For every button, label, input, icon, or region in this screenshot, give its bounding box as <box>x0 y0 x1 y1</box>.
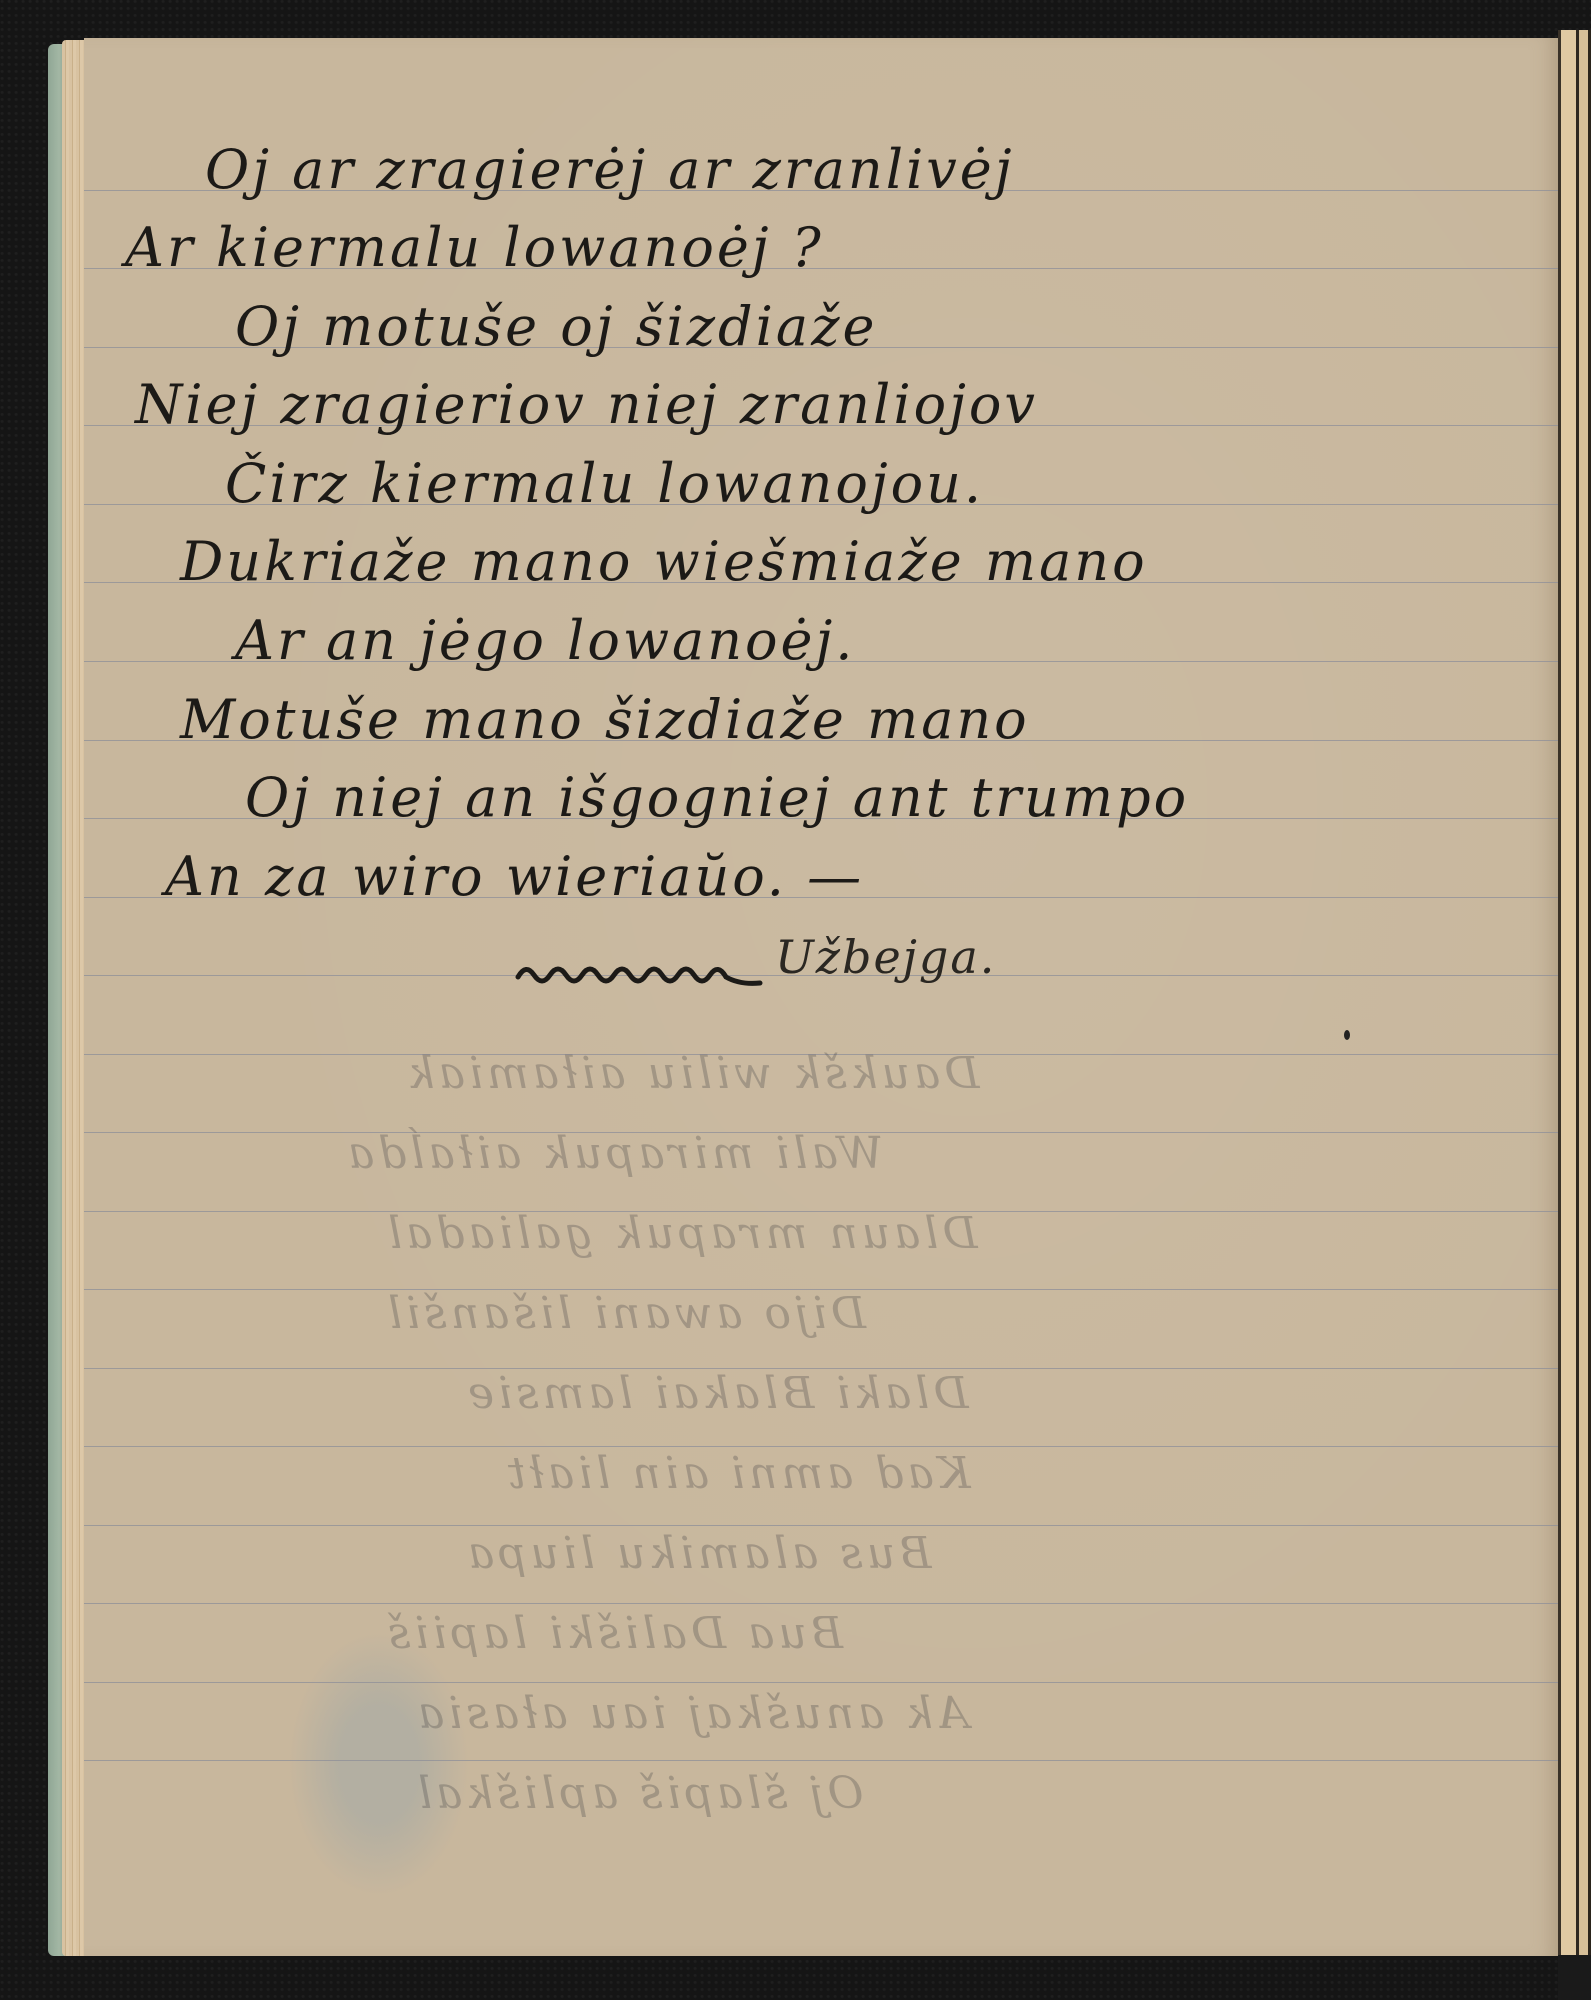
bleed-through-text: Dijo awani lišanšil <box>384 1288 866 1339</box>
wavy-flourish-icon <box>514 955 764 995</box>
bleed-through-text: Ak anuškaj iau ałasia <box>414 1688 969 1739</box>
bleed-through-text: Bua Dališki lapiiš <box>384 1608 843 1659</box>
poem-line-10: An za wiro wieriaŭo. — <box>165 850 864 904</box>
poem-line-2: Ar kiermalu lowanoėj ? <box>125 221 824 275</box>
bleed-through-text: Dlaun mrapuk galiadal <box>384 1208 978 1259</box>
bleed-through-text: Oj šlapiš apliškal <box>414 1768 863 1819</box>
poem-line-4: Niej zragieriov niej zranliojov <box>135 378 1038 432</box>
poem-line-5: Čirz kiermalu lowanojou. <box>225 457 984 511</box>
spine-bottom-shadow <box>1558 1955 1591 2000</box>
bleed-through-text: Dlaki Blakai lamsie <box>464 1368 969 1419</box>
signature: Užbejga. <box>775 930 996 984</box>
ruled-line <box>84 1760 1558 1761</box>
bleed-through-text: Daukšk wiliu aiłamiak <box>404 1048 979 1099</box>
poem-line-6: Dukriaže mano wiešmiaže mano <box>180 535 1148 589</box>
bleed-through-text: Bus alamiku liupa <box>464 1528 931 1579</box>
poem-line-3: Oj motuše oj šizdiaže <box>235 300 878 354</box>
bleed-through-text: Wali mirapuk aiłaĺda <box>344 1128 883 1179</box>
poem-line-8: Motuše mano šizdiaže mano <box>180 693 1030 747</box>
ruled-line <box>84 1682 1558 1683</box>
poem-line-9: Oj niej an išgogniej ant trumpo <box>245 771 1189 825</box>
notebook-spine-edge <box>1558 30 1591 1960</box>
poem-line-1: Oj ar zragierėj ar zranlivėj <box>205 143 1014 197</box>
ruled-line <box>84 1603 1558 1604</box>
bleed-through-text: Kad amni ain liałt <box>504 1448 971 1499</box>
ruled-line <box>84 1446 1558 1447</box>
poem-line-7: Ar an jėgo lowanoėj. <box>235 614 855 668</box>
ink-spot <box>1344 1030 1350 1040</box>
ruled-line <box>84 1525 1558 1526</box>
